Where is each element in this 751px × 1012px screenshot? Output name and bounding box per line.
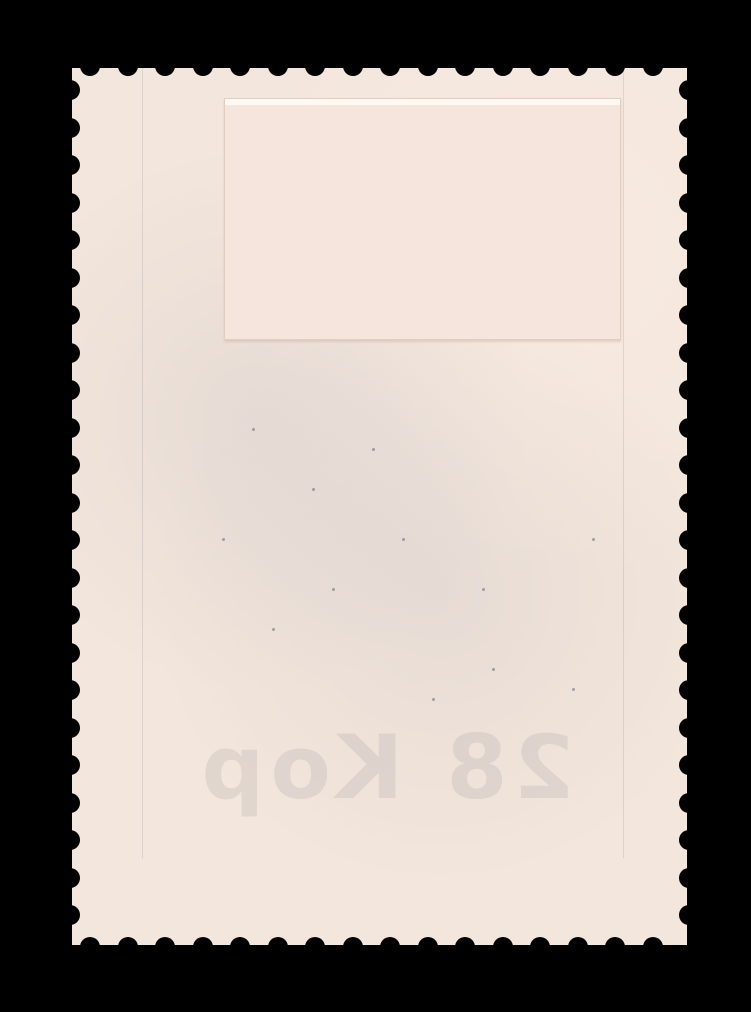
hinge-torn-edge [225,99,620,105]
perforation-hole [643,56,663,76]
perforation-hole [418,937,438,957]
perforation-hole [679,830,699,850]
perforation-hole [679,755,699,775]
perforation-hole [118,56,138,76]
perforation-hole [268,937,288,957]
perforation-hole [679,268,699,288]
ink-speck [482,588,485,591]
perforation-hole [679,643,699,663]
perforation-hole [679,118,699,138]
ink-speck [592,538,595,541]
perforation-hole [679,418,699,438]
perforation-hole [493,937,513,957]
ink-speck [312,488,315,491]
perforation-hole [60,643,80,663]
perforation-hole [60,155,80,175]
perforation-hole [343,937,363,957]
perforation-hole [193,56,213,76]
show-through-denomination: 28 Kop [150,716,620,819]
perforation-hole [268,56,288,76]
perforation-hole [679,605,699,625]
perforation-hole [493,56,513,76]
perforation-hole [530,56,550,76]
perforation-hole [679,530,699,550]
perforation-hole [60,455,80,475]
ink-speck [372,448,375,451]
perforation-hole [679,305,699,325]
perforation-hole [60,193,80,213]
perforation-hole [455,56,475,76]
perforation-hole [230,937,250,957]
stamp-back: 28 Kop [72,68,687,945]
perforation-hole [60,905,80,925]
perforation-hole [80,56,100,76]
perforation-hole [305,56,325,76]
perforation-hole [60,268,80,288]
ink-speck [222,538,225,541]
ink-speck [402,538,405,541]
perforation-hole [568,56,588,76]
perforation-hole [679,680,699,700]
perforation-hole [118,937,138,957]
perforation-hole [679,80,699,100]
perforation-hole [60,530,80,550]
perforation-hole [679,568,699,588]
perforation-hole [679,905,699,925]
perforation-hole [343,56,363,76]
perforation-hole [568,937,588,957]
perforation-hole [60,568,80,588]
perforation-hole [679,718,699,738]
perforation-hole [60,118,80,138]
hinge-remnant [224,98,621,340]
perforation-hole [679,493,699,513]
perforation-hole [679,455,699,475]
perforation-hole [643,937,663,957]
perforation-hole [679,380,699,400]
perforation-hole [605,937,625,957]
perforation-hole [60,718,80,738]
ink-speck [492,668,495,671]
perforation-hole [380,937,400,957]
perforation-hole [60,418,80,438]
perforation-hole [60,230,80,250]
perforation-hole [455,937,475,957]
perforation-hole [155,56,175,76]
perforation-hole [60,680,80,700]
perforation-hole [193,937,213,957]
perforation-hole [60,830,80,850]
perforation-hole [380,56,400,76]
perforation-hole [60,380,80,400]
perforation-hole [679,155,699,175]
perforation-hole [679,230,699,250]
ink-speck [332,588,335,591]
perforation-hole [305,937,325,957]
perforation-hole [60,793,80,813]
perforation-hole [679,868,699,888]
ink-speck [432,698,435,701]
perforation-hole [230,56,250,76]
perforation-hole [679,793,699,813]
perforation-hole [530,937,550,957]
perforation-hole [60,80,80,100]
perforation-hole [60,493,80,513]
perforation-hole [679,193,699,213]
perforation-hole [418,56,438,76]
ink-speck [252,428,255,431]
perforation-hole [60,755,80,775]
perforation-hole [60,868,80,888]
perforation-hole [80,937,100,957]
ink-speck [572,688,575,691]
ink-speck [272,628,275,631]
perforation-hole [605,56,625,76]
perforation-hole [60,305,80,325]
perforation-hole [155,937,175,957]
perforation-hole [679,343,699,363]
perforation-hole [60,343,80,363]
perforation-hole [60,605,80,625]
